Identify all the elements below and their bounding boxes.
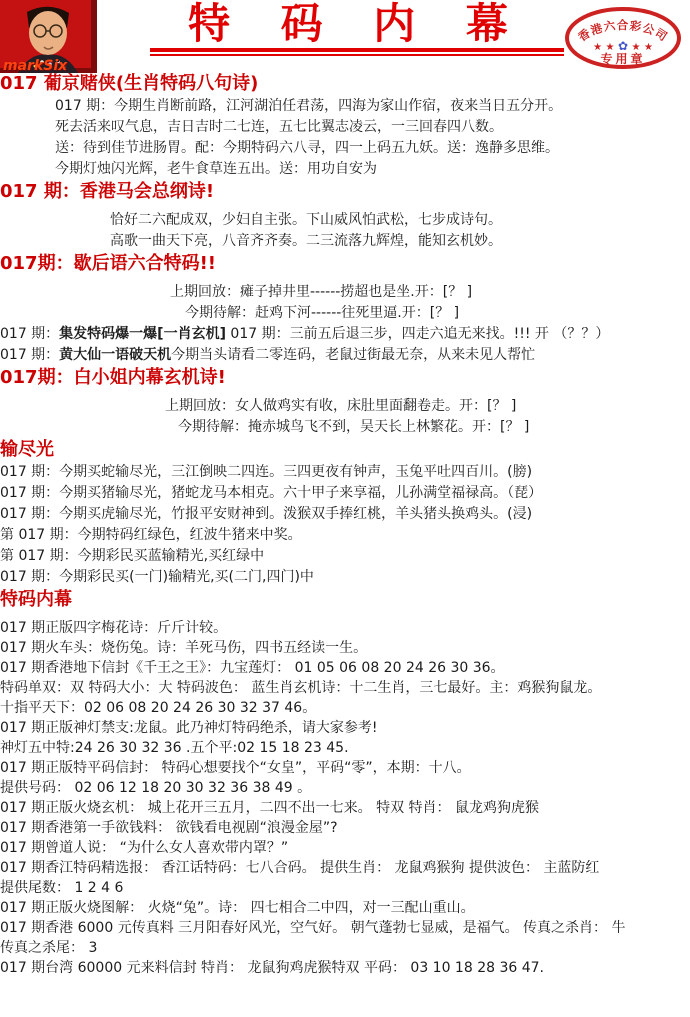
poem-line: 送：待到佳节进肠胃。配：今期特码六八寻，四一上码五九妖。送：逸静多思维。 bbox=[0, 138, 690, 159]
section-heading: 特码内幕 bbox=[0, 588, 690, 612]
title-block: 特 码 内 幕 bbox=[150, 0, 564, 56]
tip-bold: 黄大仙一语破天机 bbox=[59, 347, 171, 363]
tip-line: 017 期正版火烧玄机： 城上花开三五月，二四不出一七来。 特双 特肖： 鼠龙鸡… bbox=[0, 798, 690, 818]
tip-rest: 017 期：三前五后退三步，四走六追无来找。!!! 开 （？？） bbox=[226, 326, 609, 342]
tip-line: 017 期：今期买猪输尽光，猪蛇龙马本相克。六十甲子来享福，儿孙满堂福禄高。（琵… bbox=[0, 483, 690, 504]
tip-line: 017 期：黄大仙一语破天机今期当头请看二零连码，老鼠过街最无奈，从来未见人帮忙 bbox=[0, 345, 690, 366]
section-heading: 输尽光 bbox=[0, 438, 690, 462]
content: 017 葡京赌侠(生肖特码八句诗) 017 期：今期生肖断前路，江河湖泊任君荡，… bbox=[0, 72, 690, 978]
section-xiehouyu: 017期：歇后语六合特码!! 上期回放：瘫子掉井里------捞超也是坐.开：[… bbox=[0, 252, 690, 366]
tip-line: 传真之杀尾： 3 bbox=[0, 938, 690, 958]
tip-line: 017 期曾道人说： “为什么女人喜欢带内罩？” bbox=[0, 838, 690, 858]
tip-line: 017 期：今期买蛇输尽光，三江倒映二四连。三四更夜有钟声，玉兔平吐四百川。(膀… bbox=[0, 462, 690, 483]
section-heading: 017 葡京赌侠(生肖特码八句诗) bbox=[0, 72, 690, 96]
section-baixiaojie: 017期：白小姐内幕玄机诗! 上期回放：女人做鸡实有收，床肚里面翻卷走。开：[？… bbox=[0, 366, 690, 438]
svg-text:★ ★ ✿ ★ ★: ★ ★ ✿ ★ ★ bbox=[593, 39, 653, 53]
section-zonggang-poem: 017 期：香港马会总纲诗! 恰好二六配成双，少妇自主张。下山威风怕武松，七步成… bbox=[0, 180, 690, 252]
tip-prefix: 017 期： bbox=[0, 347, 59, 363]
masthead-logo: markSix bbox=[0, 0, 97, 73]
riddle-line: 今期待解：掩赤城鸟飞不到，吴天长上林繁花。开：[？ ] bbox=[0, 417, 690, 438]
logo-brand-text: markSix bbox=[3, 58, 67, 74]
tip-line: 017 期正版特平码信封： 特码心想要找个“女皇”，平码“零”，本期：十八。 bbox=[0, 758, 690, 778]
poem-line: 恰好二六配成双，少妇自主张。下山威风怕武松，七步成诗句。 bbox=[0, 210, 690, 231]
tip-line: 第 017 期：今期特码红绿色，红波牛猪来中奖。 bbox=[0, 525, 690, 546]
tip-line: 017 期正版神灯禁支:龙鼠。此乃神灯特码绝杀，请大家参考! bbox=[0, 718, 690, 738]
title-underline-thick bbox=[150, 48, 564, 52]
section-heading: 017期：歇后语六合特码!! bbox=[0, 252, 690, 276]
poem-line: 今期灯烛闪光辉，老牛食草连五出。送：用功自安为 bbox=[0, 159, 690, 180]
tip-line: 017 期香江特码精选报： 香江话特码：七八合码。 提供生肖： 龙鼠鸡猴狗 提供… bbox=[0, 858, 690, 878]
tip-line: 017 期正版火烧图解： 火烧“兔”。诗： 四七相合二中四，对一三配山重山。 bbox=[0, 898, 690, 918]
tip-line: 017 期香港第一手欲钱料： 欲钱看电视剧“浪漫金屋”? bbox=[0, 818, 690, 838]
tip-line: 神灯五中特:24 26 30 32 36 .五个平:02 15 18 23 45… bbox=[0, 738, 690, 758]
tip-line: 十指平天下：02 06 08 20 24 26 30 32 37 46。 bbox=[0, 698, 690, 718]
tip-line: 017 期正版四字梅花诗：斤斤计较。 bbox=[0, 618, 690, 638]
tip-line: 017 期：集发特码爆一爆[一肖玄机] 017 期：三前五后退三步，四走六追无来… bbox=[0, 324, 690, 345]
section-tema-neimu: 特码内幕 017 期正版四字梅花诗：斤斤计较。 017 期火车头：烧伤兔。诗：羊… bbox=[0, 588, 690, 978]
tip-line: 第 017 期：今期彩民买蓝输精光,买红绿中 bbox=[0, 546, 690, 567]
section-pujing-dushixia: 017 葡京赌侠(生肖特码八句诗) 017 期：今期生肖断前路，江河湖泊任君荡，… bbox=[0, 72, 690, 180]
section-shujinguang: 输尽光 017 期：今期买蛇输尽光，三江倒映二四连。三四更夜有钟声，玉兔平吐四百… bbox=[0, 438, 690, 588]
page-title: 特 码 内 幕 bbox=[150, 0, 564, 48]
section-heading: 017期：白小姐内幕玄机诗! bbox=[0, 366, 690, 390]
tip-line: 提供号码： 02 06 12 18 20 30 32 36 38 49 。 bbox=[0, 778, 690, 798]
riddle-line: 上期回放：瘫子掉井里------捞超也是坐.开：[？ ] bbox=[0, 282, 690, 303]
section-heading: 017 期：香港马会总纲诗! bbox=[0, 180, 690, 204]
seal-bottom-text: 专用章 bbox=[600, 51, 645, 66]
poem-line: 死去活来叹气息，吉日吉时二七连，五七比翼志凌云，一三回春四八数。 bbox=[0, 117, 690, 138]
masthead: markSix 特 码 内 幕 香港六合彩公司 ★ ★ ✿ ★ ★ 专用章 bbox=[0, 0, 690, 72]
tip-rest: 今期当头请看二零连码，老鼠过街最无奈，从来未见人帮忙 bbox=[171, 347, 535, 363]
tip-line: 017 期：今期买虎输尽光，竹报平安财神到。泼猴双手捧红桃，羊头猪头换鸡头。(浸… bbox=[0, 504, 690, 525]
tip-line: 017 期火车头：烧伤兔。诗：羊死马伤，四书五经读一生。 bbox=[0, 638, 690, 658]
tip-prefix: 017 期： bbox=[0, 326, 59, 342]
tip-line: 提供尾数： 1 2 4 6 bbox=[0, 878, 690, 898]
seal-flower-icon: ✿ bbox=[618, 39, 628, 53]
tip-line: 017 期香港地下信封《千王之王》：九宝莲灯： 01 05 06 08 20 2… bbox=[0, 658, 690, 678]
riddle-line: 今期待解：赶鸡下河------往死里逼.开：[？ ] bbox=[0, 303, 690, 324]
tip-line: 017 期台湾 60000 元来料信封 特肖： 龙鼠狗鸡虎猴特双 平码： 03 … bbox=[0, 958, 690, 978]
tip-bold: 集发特码爆一爆[一肖玄机] bbox=[59, 326, 226, 342]
tip-line: 017 期：今期彩民买(一门)输精光,买(二门,四门)中 bbox=[0, 567, 690, 588]
flyer-page: markSix 特 码 内 幕 香港六合彩公司 ★ ★ ✿ ★ ★ 专用章 01… bbox=[0, 0, 690, 1017]
title-underline-thin bbox=[150, 54, 564, 56]
company-seal-icon: 香港六合彩公司 ★ ★ ✿ ★ ★ 专用章 bbox=[562, 5, 684, 71]
poem-line: 高歌一曲天下亮，八音齐齐奏。二三流落九辉煌，能知玄机妙。 bbox=[0, 231, 690, 252]
poem-line: 017 期：今期生肖断前路，江河湖泊任君荡，四海为家山作宿，夜来当日五分开。 bbox=[0, 96, 690, 117]
riddle-line: 上期回放：女人做鸡实有收，床肚里面翻卷走。开：[？ ] bbox=[0, 396, 690, 417]
tip-line: 017 期香港 6000 元传真料 三月阳春好风光，空气好。 朝气蓬勃七显威，是… bbox=[0, 918, 690, 938]
tip-line: 特码单双：双 特码大小：大 特码波色： 蓝生肖玄机诗：十二生肖，三七最好。主：鸡… bbox=[0, 678, 690, 698]
